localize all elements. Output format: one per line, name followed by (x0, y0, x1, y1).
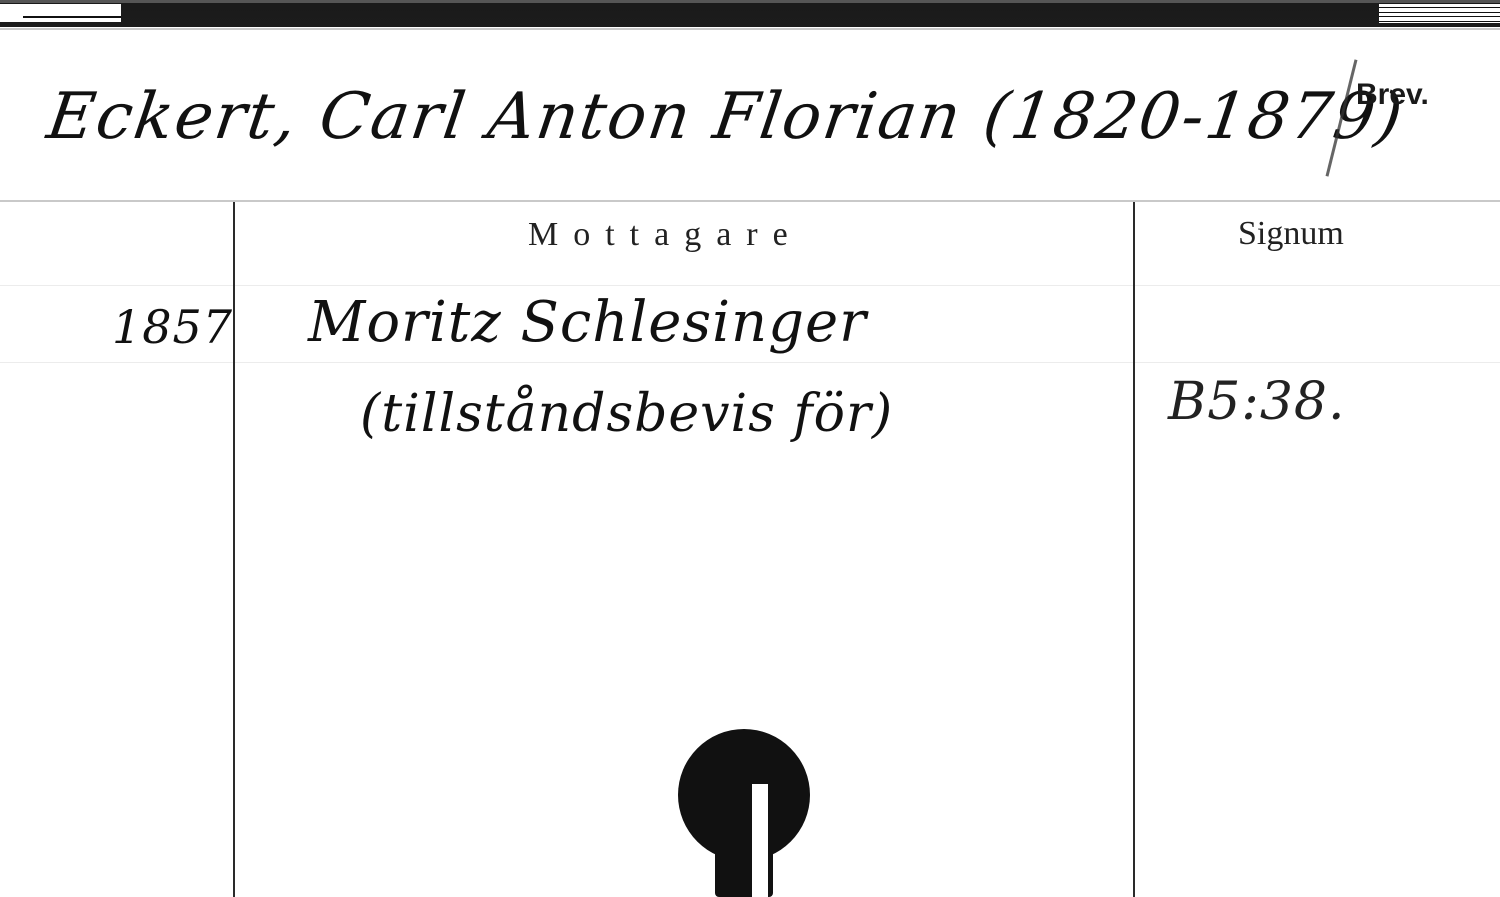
shelfmark-column-header: Signum (1238, 215, 1344, 253)
column-divider-left (233, 202, 235, 897)
entry-signum: B5:38. (1168, 372, 1346, 432)
recipient-column-header: Mottagare (528, 216, 803, 254)
scan-top-bar (0, 0, 1500, 27)
rod-slot (752, 784, 768, 897)
card-top-edge (0, 28, 1500, 30)
category-label: Brev. (1356, 78, 1429, 112)
entry-recipient: Moritz Schlesinger (308, 290, 867, 355)
entry-year: 1857 (112, 300, 233, 354)
ruled-line-2 (0, 362, 1500, 363)
person-heading: Eckert, Carl Anton Florian (1820-1879) (43, 80, 1409, 154)
header-divider (0, 200, 1500, 202)
entry-recipient-note: (tillståndsbevis för) (360, 384, 893, 444)
ruled-line-1 (0, 285, 1500, 286)
column-divider-right (1133, 202, 1135, 897)
scan-artifact-right (1379, 4, 1500, 23)
scan-artifact-left (0, 4, 121, 22)
